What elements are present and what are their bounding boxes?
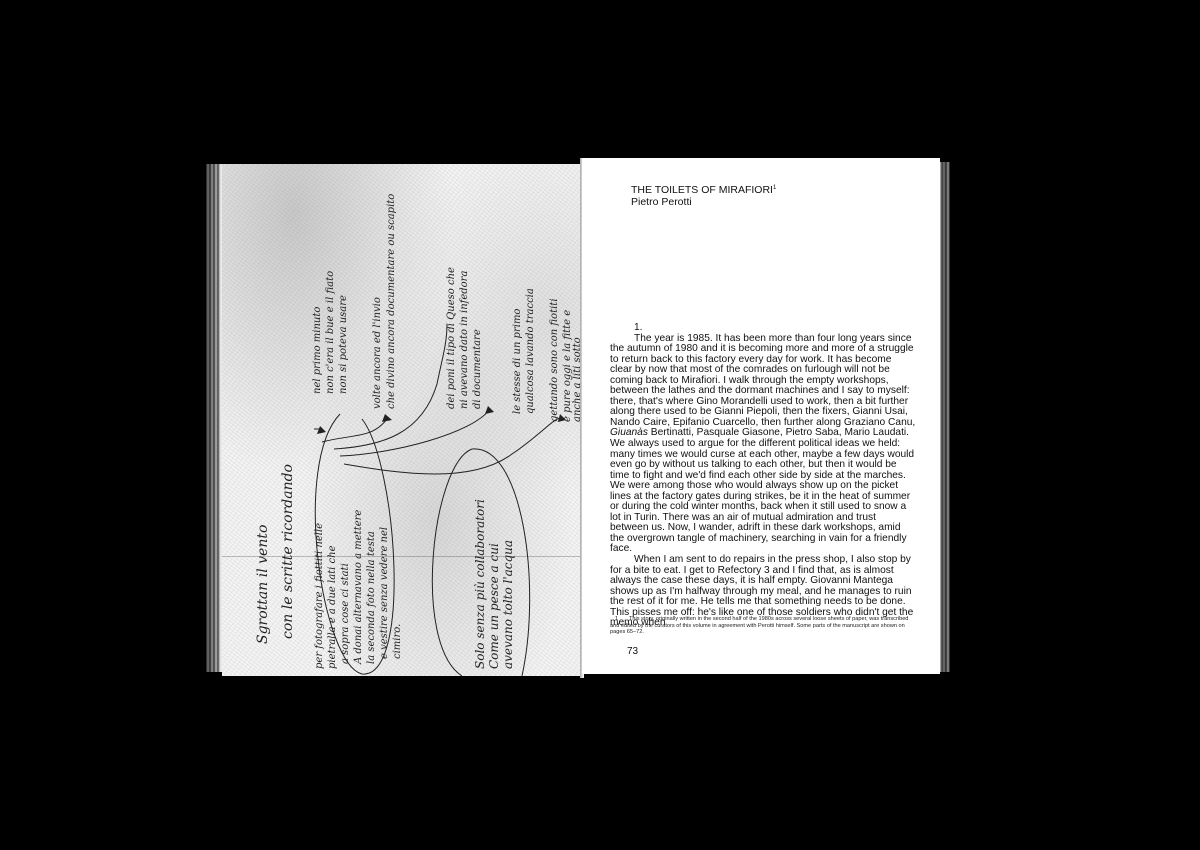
footnote-text: This story, originally written in the se… <box>610 616 908 635</box>
handwritten-line: qualcosa lavando traccia <box>525 288 536 414</box>
author-name: Pietro Perotti <box>631 196 776 208</box>
handwritten-line: dei poni il tipo di Queso che <box>446 267 457 409</box>
italic-name: Giuanàs <box>610 427 648 438</box>
handwritten-line: non si poteva usare <box>338 295 349 394</box>
left-page-stack-edges <box>206 164 222 672</box>
handwriting-drawing: Sgrottan il vento con le scritte ricorda… <box>222 164 580 676</box>
handwritten-line: nel primo minuto <box>312 307 323 394</box>
handwritten-line: cimiro. <box>392 624 403 659</box>
handwritten-line: anche a liti sotto <box>572 337 580 422</box>
handwritten-line: le stesse di un primo <box>512 309 523 414</box>
handwritten-line: gettando sono con fiotiti <box>549 298 560 422</box>
handwritten-line: con le scritte ricordando <box>280 464 296 639</box>
handwritten-line: A donai alternavano a mettere <box>353 510 364 665</box>
handwritten-line: volte ancora ed l'invio <box>372 297 383 409</box>
handwritten-line: Come un pesce a cui <box>487 543 501 669</box>
handwritten-line: di documentare <box>472 329 483 409</box>
open-book-spread: Sgrottan il vento con le scritte ricorda… <box>206 158 951 678</box>
right-page-text: THE TOILETS OF MIRAFIORI1 Pietro Perotti… <box>582 158 940 674</box>
left-page-manuscript-scan: Sgrottan il vento con le scritte ricorda… <box>222 164 580 676</box>
chapter-header: THE TOILETS OF MIRAFIORI1 Pietro Perotti <box>631 182 776 208</box>
handwritten-line: a sopra cose ci stati <box>340 563 351 664</box>
footnote-number: 1 <box>610 616 629 623</box>
right-page-stack-edges <box>940 162 950 672</box>
page-number: 73 <box>627 646 638 657</box>
handwritten-line: Sgrottan il vento <box>255 525 271 644</box>
handwritten-line: pietralla e a due lati che <box>327 545 338 669</box>
handwritten-line: ni avevano dato in infedora <box>459 271 470 409</box>
handwritten-line: avevano tolto l'acqua <box>501 540 515 669</box>
handwritten-line: che divino ancora documentare ou scapito <box>386 194 397 409</box>
footnote-marker: 1 <box>773 185 776 191</box>
handwritten-line: non c'era il bue e il fiato <box>325 271 336 394</box>
body-text: 1. The year is 1985. It has been more th… <box>610 323 916 629</box>
handwritten-line: Solo senza più collaboratori <box>473 499 487 669</box>
paragraph: The year is 1985. It has been more than … <box>610 334 916 555</box>
footnote: 1This story, originally written in the s… <box>610 616 910 636</box>
handwritten-line: la seconda foto nella testa <box>366 531 377 664</box>
chapter-title: THE TOILETS OF MIRAFIORI1 <box>631 182 776 196</box>
